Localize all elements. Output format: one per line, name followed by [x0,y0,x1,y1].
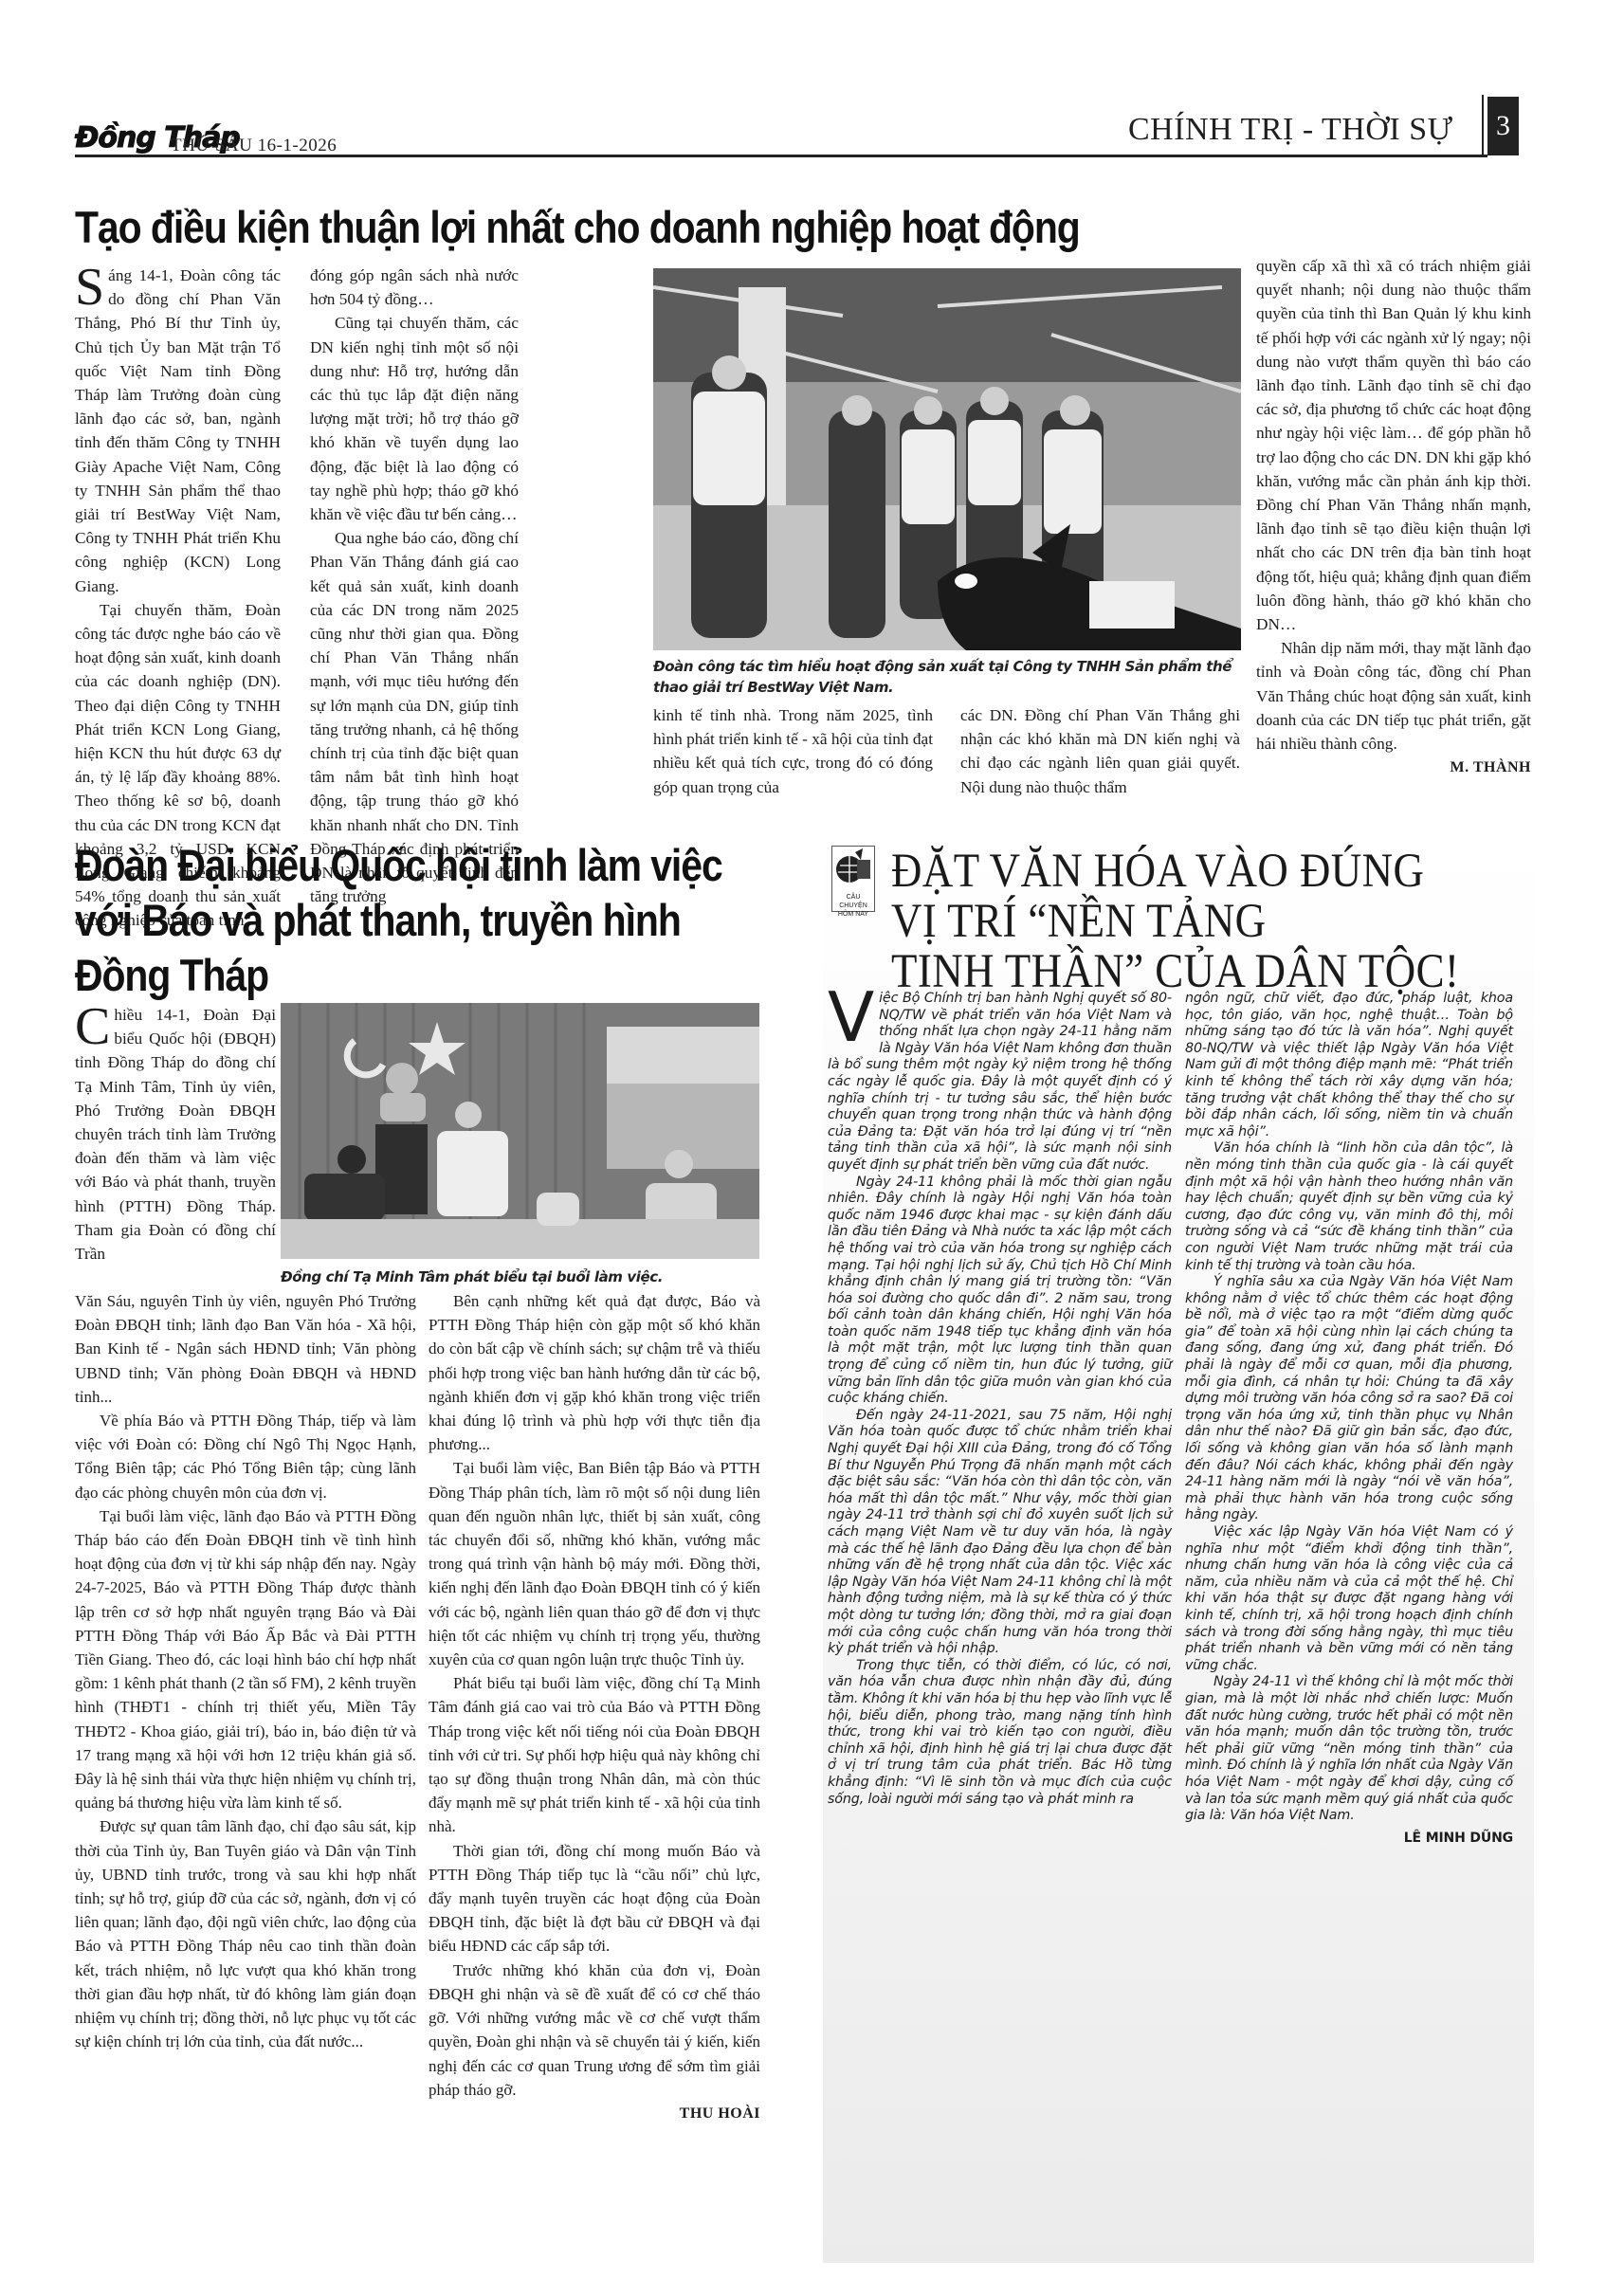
commentary-paragraph: Trong thực tiễn, có thời điểm, có lúc, c… [828,1658,1172,1808]
article1-column-1: Sáng 14-1, Đoàn công tác do đồng chí Pha… [75,264,281,933]
commentary-logo: CÂU CHUYỆN HÔM NAY [831,846,875,912]
page-number: 3 [1487,97,1519,155]
article1-byline: M. THÀNH [1256,756,1531,779]
article2-paragraph: Được sự quan tâm lãnh đạo, chỉ đạo sâu s… [75,1814,416,2053]
commentary-paragraph: Ngày 24-11 vì thế không chỉ là một mốc t… [1185,1674,1513,1824]
article1-paragraph: đóng góp ngân sách nhà nước hơn 504 tỷ đ… [310,264,519,311]
article1-paragraph: quyền cấp xã thì xã có trách nhiệm giải … [1256,254,1531,636]
commentary-title: ĐẶT VĂN HÓA VÀO ĐÚNG VỊ TRÍ “NỀN TẢNG TI… [891,847,1459,997]
meeting-photo [281,1003,759,1259]
article1-column-2: đóng góp ngân sách nhà nước hơn 504 tỷ đ… [310,264,519,908]
article1-photo [653,268,1241,650]
article2-byline: THU HOÀI [429,2102,760,2125]
article2-paragraph: Tại buổi làm việc, lãnh đạo Báo và PTTH … [75,1504,416,1815]
section-divider [1482,95,1484,157]
commentary-column-2: ngôn ngữ, chữ viết, đạo đức, pháp luật, … [1185,991,1513,1847]
article1-photo-caption: Đoàn công tác tìm hiểu hoạt động sản xuấ… [653,656,1241,698]
commentary-paragraph: Ý nghĩa sâu xa của Ngày Văn hóa Việt Nam… [1185,1274,1513,1524]
article1-paragraph: Nhân dịp năm mới, thay mặt lãnh đạo tỉnh… [1256,636,1531,756]
dropcap: C [75,1005,110,1048]
commentary-byline: LÊ MINH DŨNG [1185,1831,1513,1848]
article2-paragraph: Thời gian tới, đồng chí mong muốn Báo và… [429,1839,760,1959]
commentary-paragraph: Ngày 24-11 không phải là mốc thời gian n… [828,1175,1172,1408]
article2-paragraph: Phát biểu tại buổi làm việc, đồng chí Tạ… [429,1671,760,1838]
commentary-paragraph: Đến ngày 24-11-2021, sau 75 năm, Hội ngh… [828,1408,1172,1658]
header-rule [75,155,1487,157]
article2-paragraph: Trước những khó khăn của đơn vị, Đoàn ĐB… [429,1959,760,2102]
article2-column-2: Bên cạnh những kết quả đạt được, Báo và … [429,1289,760,2125]
commentary-paragraph: Việc xác lập Ngày Văn hóa Việt Nam có ý … [1185,1524,1513,1674]
dropcap: S [75,265,104,309]
section-title: CHÍNH TRỊ - THỜI SỰ [1128,112,1453,148]
article2-photo [281,1003,759,1259]
issue-date: THỨ SÁU 16-1-2026 [171,136,337,156]
commentary-column-1: Việc Bộ Chính trị ban hành Nghị quyết số… [828,991,1172,1808]
article1-column-5: quyền cấp xã thì xã có trách nhiệm giải … [1256,254,1531,779]
article1-paragraph: Cũng tại chuyến thăm, các DN kiến nghị t… [310,311,519,526]
commentary-paragraph: Văn hóa chính là “linh hồn của dân tộc”,… [1185,1140,1513,1274]
article2-paragraph: Văn Sáu, nguyên Tỉnh ủy viên, nguyên Phó… [75,1289,416,1409]
article2-paragraph: Bên cạnh những kết quả đạt được, Báo và … [429,1289,760,1456]
article2-photo-caption: Đồng chí Tạ Minh Tâm phát biểu tại buổi … [281,1266,759,1287]
article2-intro: Chiều 14-1, Đoàn Đại biểu Quốc hội (ĐBQH… [75,1003,276,1266]
article1-column-4: các DN. Đồng chí Phan Văn Thắng ghi nhận… [960,703,1240,799]
globe-pen-book-icon [832,847,874,888]
factory-visit-photo [653,268,1241,650]
dropcap: V [828,991,874,1044]
article2-headline: Đoàn Đại biểu Quốc hội tỉnh làm việc với… [75,838,722,1003]
commentary-paragraph: ngôn ngữ, chữ viết, đạo đức, pháp luật, … [1185,991,1513,1140]
article2-paragraph: Về phía Báo và PTTH Đồng Tháp, tiếp và l… [75,1409,416,1504]
article2-column-1: Văn Sáu, nguyên Tỉnh ủy viên, nguyên Phó… [75,1289,416,2054]
article1-column-3: kinh tế tỉnh nhà. Trong năm 2025, tình h… [653,703,933,799]
article1-paragraph: Sáng 14-1, Đoàn công tác do đồng chí Pha… [75,264,281,598]
article1-headline: Tạo điều kiện thuận lợi nhất cho doanh n… [75,201,1080,253]
article2-paragraph: Tại buổi làm việc, Ban Biên tập Báo và P… [429,1456,760,1671]
